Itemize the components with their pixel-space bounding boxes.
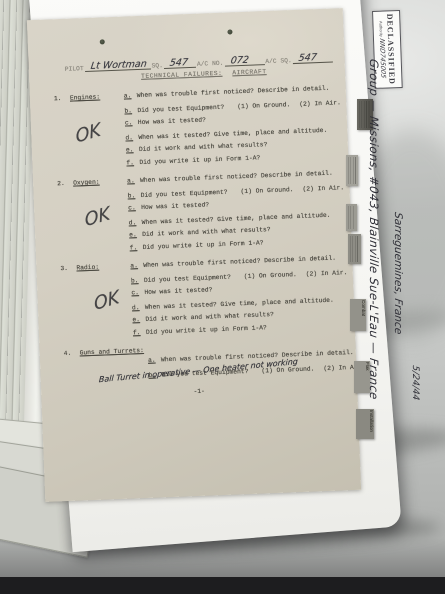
item-text: Did you write it up in Form 1-A? xyxy=(139,154,260,166)
form-item: 3.Radio:a.When was trouble first noticed… xyxy=(60,254,344,272)
item-letter: b. xyxy=(128,192,141,199)
item-letter: c. xyxy=(128,204,141,211)
section-name: Engines: xyxy=(70,93,124,102)
page-content: PILOT Lt Wortman SQ. 547 A/C NO. 072 A/C… xyxy=(27,8,357,401)
item-letter: d. xyxy=(132,304,145,311)
item-text: Did you test Equipment? xyxy=(137,103,237,114)
item-text: Did you write it up in Form 1-A? xyxy=(146,324,267,336)
item-text: Did it work and with what results? xyxy=(145,311,274,323)
item-letter: e. xyxy=(126,146,139,153)
item-option: (1) On Ground. xyxy=(237,101,299,110)
index-tab-combat: Combat xyxy=(350,299,366,331)
handwritten-ok-mark: OK xyxy=(75,126,101,140)
item-letter: e. xyxy=(132,316,145,323)
sq-label: SQ. xyxy=(151,62,163,69)
section-number: 1. xyxy=(54,95,70,103)
item-option: (1) On Ground. xyxy=(244,271,306,280)
section-number: 2. xyxy=(57,180,73,188)
ac-sq-value: 547 xyxy=(293,52,334,64)
handwritten-ok-mark: OK xyxy=(84,210,110,224)
folder-annotation-location: Sarreguemines, France xyxy=(392,211,404,335)
item-text: Did you test Equipment? xyxy=(141,188,241,199)
form-item: 2.Oxygen:a.When was trouble first notice… xyxy=(57,169,341,187)
document-page: PILOT Lt Wortman SQ. 547 A/C NO. 072 A/C… xyxy=(27,8,361,502)
tab-label: Installation xyxy=(369,410,374,432)
form-title-left: TECHNICAL FAILURES: xyxy=(141,70,223,80)
tab-label: Combat xyxy=(361,300,366,316)
item-letter: c. xyxy=(125,119,138,126)
tab-text-illegible xyxy=(348,206,355,229)
stamp-authority-label: Authority xyxy=(379,21,385,37)
item-letter: f. xyxy=(133,329,146,336)
item-letter: b. xyxy=(131,277,144,284)
form-title-right: AIRCRAFT xyxy=(232,68,266,76)
section-name: Radio: xyxy=(76,262,130,271)
item-letter: c. xyxy=(131,289,144,296)
item-text: Did it work and with what results? xyxy=(139,141,268,153)
form-item: 1.Engines:a.When was trouble first notic… xyxy=(54,84,338,102)
tab-text-illegible xyxy=(348,157,356,184)
item-text: How was it tested? xyxy=(144,286,212,296)
folder-annotation-mission: Group — Missions, #043, Blainville Sue-L… xyxy=(367,58,381,401)
item-text: How was it tested? xyxy=(141,201,209,211)
index-tab xyxy=(346,155,358,186)
item-text: Did it work and with what results? xyxy=(142,226,271,238)
table-edge xyxy=(0,577,445,594)
pilot-value: Lt Wortman xyxy=(85,59,152,72)
ac-no-value: 072 xyxy=(225,55,266,67)
sq-value: 547 xyxy=(164,58,197,69)
item-letter: e. xyxy=(129,231,142,238)
photo-scene: PILOT Lt Wortman SQ. 547 A/C NO. 072 A/C… xyxy=(0,0,445,594)
item-letter: f. xyxy=(126,159,139,166)
item-option: (1) On Ground. xyxy=(240,186,302,195)
section-number: 4. xyxy=(64,349,80,357)
index-tab-installation: Installation xyxy=(356,409,374,439)
page-number: -1- xyxy=(65,382,349,400)
item-text: Did you write it up in Form 1-A? xyxy=(143,239,264,251)
item-letter: a. xyxy=(148,356,161,363)
item-text: How was it tested? xyxy=(138,116,206,126)
item-text: Did you test Equipment? xyxy=(144,273,244,284)
folder-annotation-date: 5/24/44 xyxy=(410,365,420,401)
item-text: When was trouble first noticed? Describe… xyxy=(140,170,333,184)
item-letter: d. xyxy=(125,134,138,141)
item-text: When was trouble first noticed? Describe… xyxy=(143,255,336,269)
pilot-label: PILOT xyxy=(65,65,84,73)
section-number: 3. xyxy=(60,265,76,273)
section-name: Guns and Turrets: xyxy=(80,347,134,356)
ac-no-label: A/C NO. xyxy=(197,60,224,68)
tab-text-illegible xyxy=(350,236,359,262)
index-tab xyxy=(346,204,357,231)
item-letter: a. xyxy=(124,92,137,99)
index-tab xyxy=(348,234,361,264)
handwritten-ok-mark: OK xyxy=(94,294,120,308)
item-letter: d. xyxy=(129,219,142,226)
item-letter: a. xyxy=(130,262,143,269)
section-name: Oxygen: xyxy=(73,178,127,187)
item-text: When was trouble first noticed? Describe… xyxy=(137,85,330,99)
item-letter: a. xyxy=(127,177,140,184)
ac-sq-label: A/C SQ. xyxy=(265,57,292,65)
item-letter: f. xyxy=(130,244,143,251)
item-letter: b. xyxy=(124,107,137,114)
